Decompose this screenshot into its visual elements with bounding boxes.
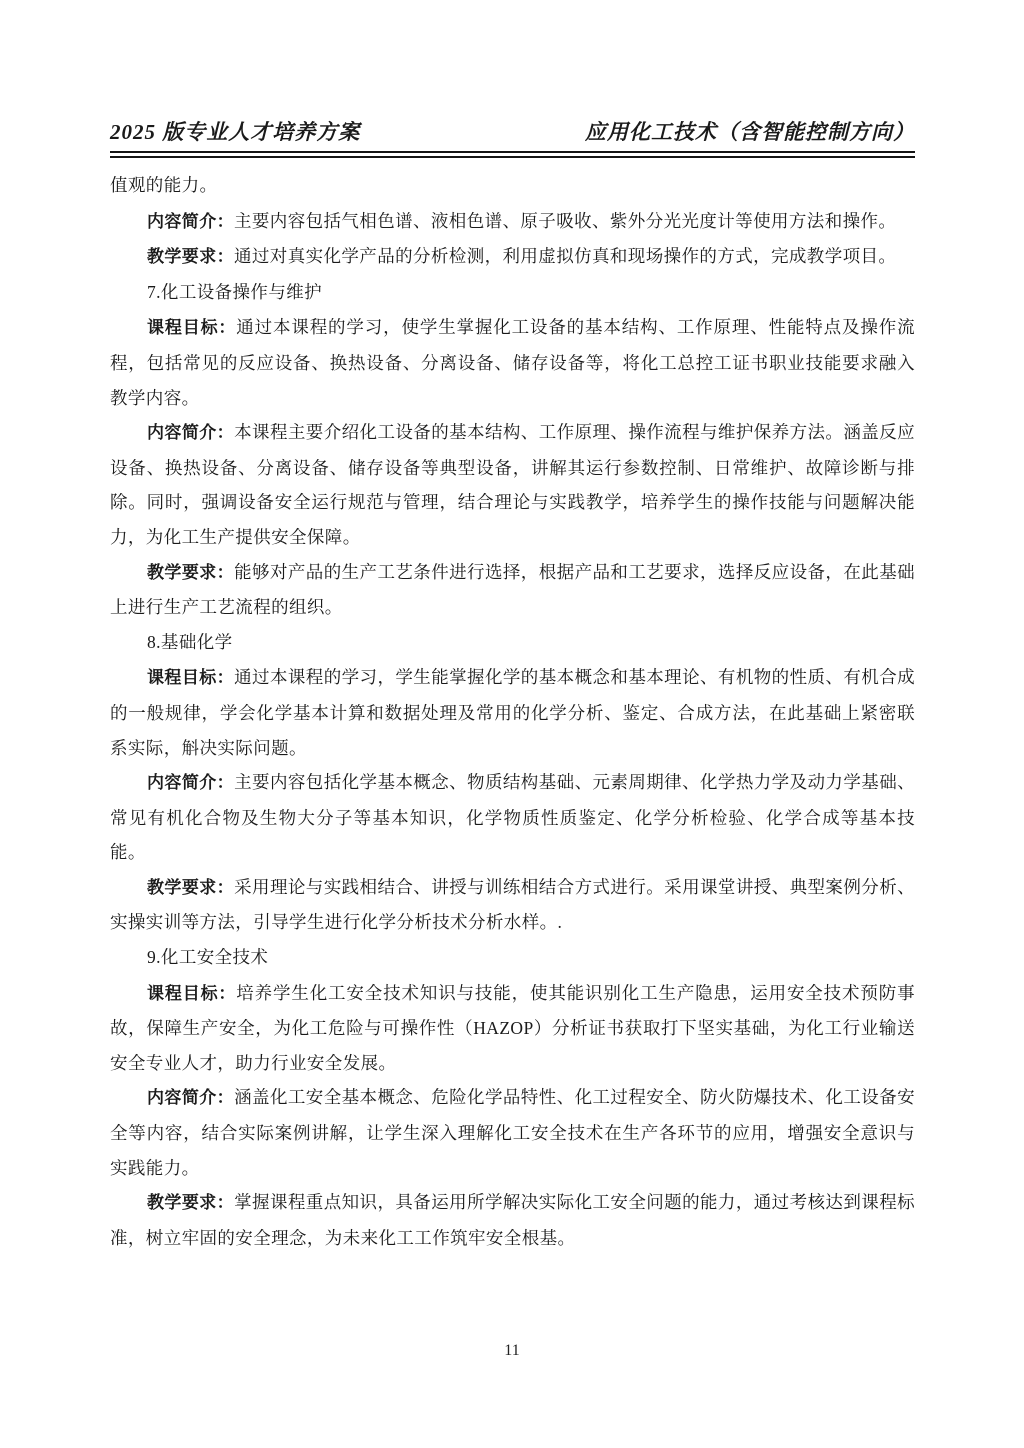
paragraph: 内容简介：本课程主要介绍化工设备的基本结构、工作原理、操作流程与维护保养方法。涵… bbox=[110, 415, 915, 554]
page-footer: 11 bbox=[0, 1342, 1024, 1360]
paragraph: 课程目标：通过本课程的学习，使学生掌握化工设备的基本结构、工作原理、性能特点及操… bbox=[110, 310, 915, 415]
document-body: 值观的能力。 内容简介：主要内容包括气相色谱、液相色谱、原子吸收、紫外分光光度计… bbox=[110, 168, 915, 1255]
header-left-title: 2025 版专业人才培养方案 bbox=[110, 116, 360, 146]
paragraph: 值观的能力。 bbox=[110, 168, 915, 204]
paragraph-label: 内容简介： bbox=[147, 423, 234, 442]
paragraph-text: 8.基础化学 bbox=[147, 632, 233, 652]
header-rule bbox=[110, 151, 915, 158]
document-page: 2025 版专业人才培养方案 应用化工技术（含智能控制方向） 值观的能力。 内容… bbox=[0, 0, 1024, 1448]
paragraph-label: 课程目标： bbox=[147, 668, 234, 687]
section-heading: 7.化工设备操作与维护 bbox=[110, 275, 915, 311]
paragraph-label: 课程目标： bbox=[147, 318, 236, 337]
paragraph: 内容简介：涵盖化工安全基本概念、危险化学品特性、化工过程安全、防火防爆技术、化工… bbox=[110, 1080, 915, 1185]
paragraph: 内容简介：主要内容包括化学基本概念、物质结构基础、元素周期律、化学热力学及动力学… bbox=[110, 765, 915, 870]
paragraph: 教学要求：通过对真实化学产品的分析检测，利用虚拟仿真和现场操作的方式，完成教学项… bbox=[110, 239, 915, 275]
paragraph: 教学要求：能够对产品的生产工艺条件进行选择，根据产品和工艺要求，选择反应设备，在… bbox=[110, 555, 915, 625]
paragraph-text: 通过对真实化学产品的分析检测，利用虚拟仿真和现场操作的方式，完成教学项目。 bbox=[234, 246, 896, 266]
paragraph-label: 课程目标： bbox=[147, 984, 236, 1003]
paragraph-label: 教学要求： bbox=[147, 1193, 234, 1212]
paragraph-label: 教学要求： bbox=[147, 247, 234, 266]
paragraph-text: 主要内容包括气相色谱、液相色谱、原子吸收、紫外分光光度计等使用方法和操作。 bbox=[234, 211, 896, 231]
page-header: 2025 版专业人才培养方案 应用化工技术（含智能控制方向） bbox=[110, 116, 915, 158]
paragraph-label: 教学要求： bbox=[147, 563, 234, 582]
paragraph: 教学要求：采用理论与实践相结合、讲授与训练相结合方式进行。采用课堂讲授、典型案例… bbox=[110, 870, 915, 940]
section-heading: 8.基础化学 bbox=[110, 625, 915, 661]
header-right-title: 应用化工技术（含智能控制方向） bbox=[585, 116, 915, 146]
page-header-row: 2025 版专业人才培养方案 应用化工技术（含智能控制方向） bbox=[110, 116, 915, 146]
paragraph-text: 9.化工安全技术 bbox=[147, 947, 268, 967]
paragraph: 内容简介：主要内容包括气相色谱、液相色谱、原子吸收、紫外分光光度计等使用方法和操… bbox=[110, 204, 915, 240]
paragraph: 课程目标：培养学生化工安全技术知识与技能，使其能识别化工生产隐患，运用安全技术预… bbox=[110, 976, 915, 1081]
paragraph: 课程目标：通过本课程的学习，学生能掌握化学的基本概念和基本理论、有机物的性质、有… bbox=[110, 660, 915, 765]
paragraph-label: 内容简介： bbox=[147, 773, 234, 792]
page-number: 11 bbox=[504, 1342, 519, 1359]
section-heading: 9.化工安全技术 bbox=[110, 940, 915, 976]
paragraph-label: 教学要求： bbox=[147, 878, 234, 897]
paragraph-text: 值观的能力。 bbox=[110, 175, 217, 195]
paragraph-label: 内容简介： bbox=[147, 1088, 234, 1107]
paragraph-label: 内容简介： bbox=[147, 212, 234, 231]
paragraph: 教学要求：掌握课程重点知识，具备运用所学解决实际化工安全问题的能力，通过考核达到… bbox=[110, 1185, 915, 1255]
paragraph-text: 7.化工设备操作与维护 bbox=[147, 282, 322, 302]
